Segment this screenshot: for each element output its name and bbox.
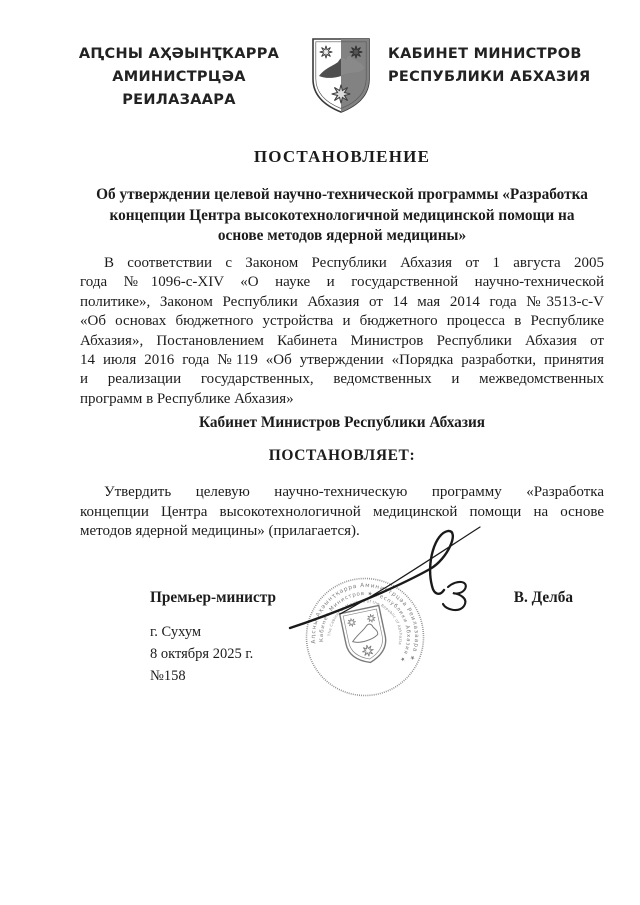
resolution-line: Утвердить целевую научно-техническую про… bbox=[80, 483, 604, 503]
preamble-paragraph: В соответствии с Законом Республики Абха… bbox=[80, 254, 604, 409]
doc-subject-line: основе методов ядерной медицины» bbox=[80, 226, 604, 247]
preamble-line: 14 июля 2016 года №119 «Об утверждении «… bbox=[80, 351, 604, 370]
doc-subject: Об утверждении целевой научно-техническо… bbox=[80, 185, 604, 247]
doc-subject-line: концепции Центра высокотехнологичной мед… bbox=[80, 206, 604, 227]
resolves-line: ПОСТАНОВЛЯЕТ: bbox=[80, 447, 604, 465]
doc-type-title: ПОСТАНОВЛЕНИЕ bbox=[80, 147, 604, 167]
preamble-line: программ в Республике Абхазия» bbox=[80, 390, 604, 409]
doc-place: г. Сухум bbox=[150, 624, 201, 641]
org-name-abkhaz-line2: АМИНИСТРЦӘА РЕИЛАЗААРА bbox=[60, 66, 298, 112]
org-name-russian-line1: КАБИНЕТ МИНИСТРОВ bbox=[388, 43, 598, 66]
signatory-title: Премьер-министр bbox=[150, 589, 276, 607]
org-name-abkhaz-line1: АԤСНЫ АҲӘЫНҬҞАРРА bbox=[60, 43, 298, 66]
signatory-name: В. Делба bbox=[514, 589, 573, 607]
org-name-russian: КАБИНЕТ МИНИСТРОВ РЕСПУБЛИКИ АБХАЗИЯ bbox=[388, 43, 598, 89]
org-name-russian-line2: РЕСПУБЛИКИ АБХАЗИЯ bbox=[388, 66, 598, 89]
doc-subject-line: Об утверждении целевой научно-техническо… bbox=[80, 185, 604, 206]
preamble-line: года №1096-с-XIV «О науке и государствен… bbox=[80, 273, 604, 292]
doc-number: №158 bbox=[150, 668, 186, 685]
document-page: АԤСНЫ АҲӘЫНҬҞАРРА АМИНИСТРЦӘА РЕИЛАЗААРА… bbox=[0, 0, 640, 905]
preamble-line: и реализации государственных, ведомствен… bbox=[80, 370, 604, 389]
preamble-line: «Об основах бюджетного устройства и бюдж… bbox=[80, 312, 604, 331]
coat-of-arms-icon bbox=[311, 37, 371, 115]
preamble-line: Абхазия», Постановлением Кабинета Минист… bbox=[80, 332, 604, 351]
org-name-abkhaz: АԤСНЫ АҲӘЫНҬҞАРРА АМИНИСТРЦӘА РЕИЛАЗААРА bbox=[60, 43, 298, 112]
doc-date: 8 октября 2025 г. bbox=[150, 646, 253, 663]
preamble-line: политике», Законом Республики Абхазия от… bbox=[80, 293, 604, 312]
preamble-line: В соответствии с Законом Республики Абха… bbox=[80, 254, 604, 273]
issuer-line: Кабинет Министров Республики Абхазия bbox=[80, 414, 604, 432]
signature bbox=[278, 516, 490, 638]
